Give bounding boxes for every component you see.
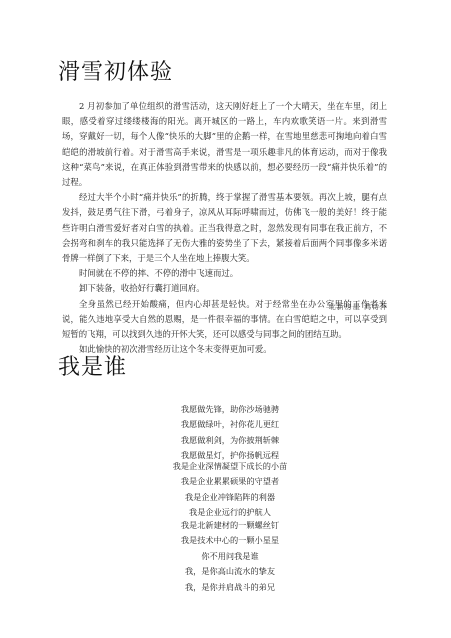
poem-line: 我是技术中心的一颗小星星 bbox=[120, 533, 340, 548]
poem-line: 我是北新建材的一颗螺丝钉 bbox=[120, 518, 340, 533]
poem-line: 我，是你高山流水的挚友 bbox=[120, 564, 340, 579]
article-title-skiing: 滑雪初体验 bbox=[58, 55, 173, 86]
poem-stanza-3: 我是北新建材的一颗螺丝钉 我是技术中心的一颗小星星 你不用问我是谁 我，是你高山… bbox=[120, 518, 340, 595]
author-signature: 北新房屋 鸿诗萍 bbox=[300, 302, 388, 312]
paragraph: 卸下装备，收拾好行囊打道回府。 bbox=[62, 281, 387, 296]
poem-line: 我愿做绿叶，衬你花儿更红 bbox=[120, 417, 340, 432]
poem-line: 我愿做利剑，为你披荆斩棘 bbox=[120, 433, 340, 448]
poem-line: 我是企业冲锋陷阵的利器 bbox=[120, 490, 340, 505]
paragraph: 时间就在不停的摔、不停的滑中飞速而过。 bbox=[62, 266, 387, 281]
poem-stanza-2: 我是企业深情凝望下成长的小苗 我是企业累累硕果的守望者 我是企业冲锋陷阵的利器 … bbox=[120, 459, 340, 521]
paragraph: 经过大半个小时“痛并快乐”的折腾，终于掌握了滑雪基本要领。再次上坡，腿有点发抖，… bbox=[62, 190, 387, 266]
poem-line: 你不用问我是谁 bbox=[120, 549, 340, 564]
paragraph: 2 月初参加了单位组织的滑雪活动，这天刚好赶上了一个大晴天，坐在车里，闭上眼，感… bbox=[62, 99, 387, 190]
poem-line: 我是企业累累硕果的守望者 bbox=[120, 474, 340, 489]
poem-line: 我，是你并肩战斗的弟兄 bbox=[120, 580, 340, 595]
poem-line: 我是企业深情凝望下成长的小苗 bbox=[120, 459, 340, 474]
article-body-skiing: 2 月初参加了单位组织的滑雪活动，这天刚好赶上了一个大晴天，坐在车里，闭上眼，感… bbox=[62, 99, 387, 357]
poem-stanza-1: 我愿做先锋，助你沙场驰骋 我愿做绿叶，衬你花儿更红 我愿做利剑，为你披荆斩棘 我… bbox=[120, 402, 340, 464]
article-title-who-am-i: 我是谁 bbox=[58, 350, 127, 381]
poem-line: 我愿做先锋，助你沙场驰骋 bbox=[120, 402, 340, 417]
